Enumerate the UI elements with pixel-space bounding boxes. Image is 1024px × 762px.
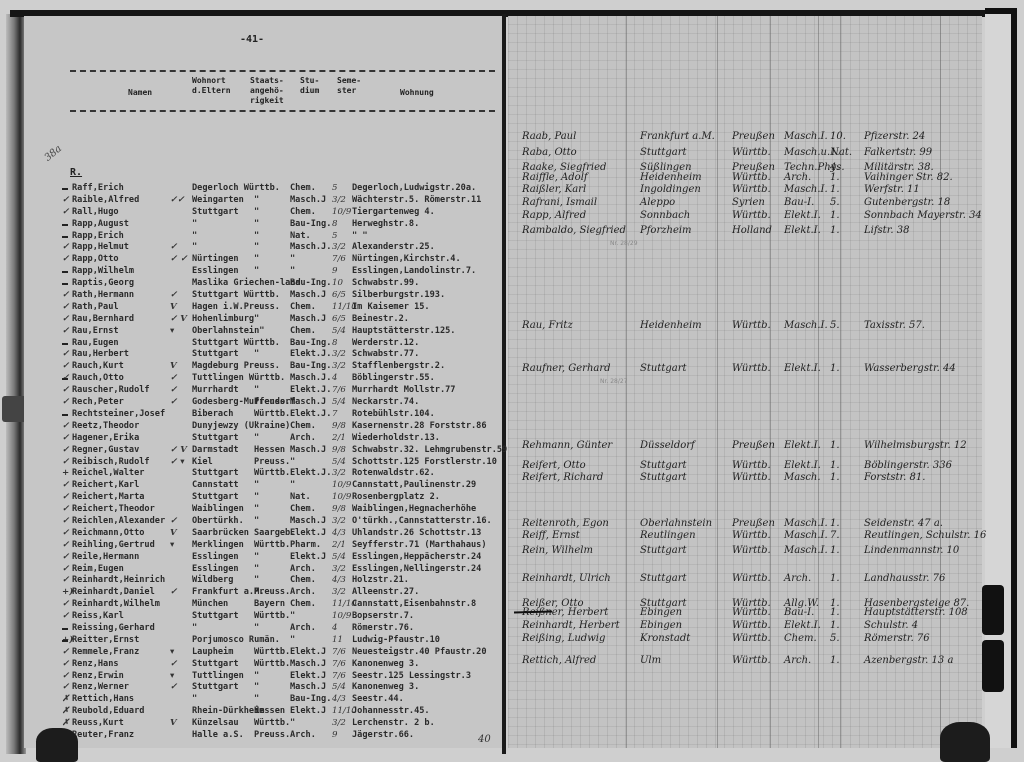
entry-name: Rapp,Helmut	[72, 242, 129, 252]
entry-wohnort: "	[192, 219, 197, 229]
entry-wohnung: Lifstr. 38	[864, 225, 909, 236]
entry-name: Reinhardt, Ulrich	[522, 573, 611, 584]
entry-check: ✓✓	[170, 195, 184, 205]
entry-semester: 5.	[830, 197, 840, 208]
entry-check: ✓ ✓	[170, 254, 187, 264]
entry-name: Rambaldo, Siegfried	[522, 225, 626, 236]
entry-name: Rall,Hugo	[72, 207, 119, 217]
entry-name: Renz,Werner	[72, 682, 129, 692]
entry-mark: ✓	[62, 302, 69, 312]
entry-studium: Bau-Ing.	[290, 694, 331, 704]
entry-studium: "	[290, 266, 295, 276]
entry-name: Reinhardt,Wilhelm	[72, 599, 160, 609]
entry-semester: 7/6	[332, 385, 346, 395]
entry-mark: ✓	[62, 195, 69, 205]
entry-name: Reibisch,Rudolf	[72, 457, 150, 467]
entry-studium: Masch.J	[290, 516, 326, 526]
entry-wohnung: Tiergartenweg 4.	[352, 207, 435, 217]
column-header-namen: Namen	[128, 88, 152, 98]
entry-semester: 1.	[830, 655, 840, 666]
entry-semester: 5/4	[332, 552, 346, 562]
entry-wohnort: Oberlahnstein"	[192, 326, 264, 336]
column-header-studium: Stu- dium	[300, 76, 319, 96]
entry-semester: 1.	[830, 573, 840, 584]
entry-mark: ✓	[62, 421, 69, 431]
entry-staatsangehoerigkeit: Preuss.	[254, 457, 290, 467]
entry-wohnung: Falkertstr. 99	[864, 147, 932, 158]
entry-wohnung: Uhlandstr.26 Schottstr.13	[352, 528, 481, 538]
entry-semester: 5	[332, 183, 337, 193]
entry-wohnung: O'türkh.,Cannstatterstr.16.	[352, 516, 492, 526]
entry-wohnung: Cannstatt,Paulinenstr.29	[352, 480, 476, 490]
entry-studium: Arch.	[290, 587, 316, 597]
entry-staatsangehoerigkeit: Bayern	[254, 599, 285, 609]
column-rule	[940, 16, 941, 748]
entry-staatsangehoerigkeit: Württb.	[732, 184, 771, 195]
entry-mark: ✓	[62, 445, 69, 455]
entry-name: Raiffle, Adolf	[522, 172, 588, 183]
entry-semester: 3/2	[332, 195, 346, 205]
entry-check: ✓	[170, 397, 177, 407]
entry-name: Rafrani, Ismail	[522, 197, 597, 208]
entry-semester: 3/2	[332, 468, 346, 478]
entry-wohnung: Neckarstr.74.	[352, 397, 419, 407]
entry-staatsangehoerigkeit: Württb.	[732, 363, 771, 374]
entry-check: ▾	[170, 540, 174, 550]
entry-wohnung: Kasernenstr.28 Forststr.86	[352, 421, 487, 431]
entry-name: Rauch,Kurt	[72, 361, 124, 371]
entry-staatsangehoerigkeit: "	[254, 254, 259, 264]
entry-wohnort: Saarbrücken	[192, 528, 249, 538]
entry-check: ✓	[170, 290, 177, 300]
entry-staatsangehoerigkeit: "	[254, 682, 259, 692]
entry-staatsangehoerigkeit: "	[254, 421, 259, 431]
entry-semester: 5/4	[332, 326, 346, 336]
column-rule	[717, 16, 718, 748]
archive-stamp: Nr. 28/27	[600, 378, 628, 385]
entry-wohnort: Tuttlingen	[192, 671, 244, 681]
entry-wohnort: Halle a.S.	[192, 730, 244, 740]
entry-mark: +	[62, 468, 69, 478]
entry-studium: Masch.J	[290, 659, 326, 669]
entry-name: Raba, Otto	[522, 147, 577, 158]
entry-wohnung: Schottstr.125 Forstlerstr.10	[352, 457, 497, 467]
entry-wohnung: Römerstr.76.	[352, 623, 414, 633]
entry-wohnung: Vaihinger Str. 82.	[864, 172, 953, 183]
entry-wohnung: Kanonenweg 3.	[352, 659, 419, 669]
entry-mark: ✓	[62, 504, 69, 514]
entry-studium: Elekt.J	[290, 671, 326, 681]
entry-staatsangehoerigkeit: Württb.	[732, 172, 771, 183]
entry-name: Reitenroth, Egon	[522, 518, 609, 529]
entry-mark: ✓	[62, 647, 69, 657]
footer-page-number: 40	[478, 734, 491, 745]
entry-name: Reißing, Ludwig	[522, 633, 605, 644]
entry-name: Rath,Hermann	[72, 290, 134, 300]
entry-semester: 5	[332, 231, 337, 241]
entry-wohnung: Seyfferstr.71 (Marthahaus)	[352, 540, 487, 550]
entry-wohnung: Gutenbergstr. 18	[864, 197, 950, 208]
entry-check: ✓ V	[170, 445, 187, 455]
entry-staatsangehoerigkeit: Württb.	[732, 472, 771, 483]
entry-wohnort: Hagen i.W.Preuss.	[192, 302, 280, 312]
entry-semester: 11	[332, 635, 343, 645]
entry-studium: Chem.	[784, 633, 817, 644]
entry-wohnort: Künzelsau	[192, 718, 239, 728]
entry-name: Raptis,Georg	[72, 278, 134, 288]
entry-studium: "	[290, 718, 295, 728]
entry-name: Rech,Peter	[72, 397, 124, 407]
entry-wohnung: Schwabstr.99.	[352, 278, 419, 288]
entry-name: Reissing,Gerhard	[72, 623, 155, 633]
entry-mark: ✓	[62, 671, 69, 681]
entry-staatsangehoerigkeit: Hessen	[254, 445, 285, 455]
entry-wohnort: Obertürkh.	[192, 516, 244, 526]
entry-staatsangehoerigkeit: Württb.	[254, 659, 290, 669]
entry-wohnort: Düsseldorf	[640, 440, 695, 451]
entry-wohnung: Schulstr. 4	[864, 620, 918, 631]
entry-wohnung: Im Kaisemer 15.	[352, 302, 430, 312]
entry-check: V	[170, 718, 177, 728]
entry-studium: Elekt.J.	[290, 349, 331, 359]
entry-wohnung: Seestr.44.	[352, 694, 404, 704]
entry-wohnort: Nürtingen	[192, 254, 239, 264]
entry-semester: 10/9	[332, 207, 351, 217]
entry-wohnung: Stafflenbergstr.2.	[352, 361, 445, 371]
entry-wohnort: "	[192, 242, 197, 252]
entry-semester: 9/8	[332, 504, 346, 514]
entry-semester: 3/2	[332, 718, 346, 728]
entry-name: Raible,Alfred	[72, 195, 139, 205]
entry-semester: 10	[332, 278, 343, 288]
entry-studium: Masch.J	[290, 445, 326, 455]
entry-studium: Elekt.I.	[784, 363, 821, 374]
entry-wohnung: Alleenstr.27.	[352, 587, 419, 597]
entry-name: Raab, Paul	[522, 131, 576, 142]
entry-wohnort: Stuttgart	[640, 545, 687, 556]
entry-name: Reitter,Ernst	[72, 635, 139, 645]
entry-staatsangehoerigkeit: "	[254, 385, 259, 395]
entry-wohnung: Böblingerstr.55.	[352, 373, 435, 383]
entry-name: Reichert,Theodor	[72, 504, 155, 514]
entry-name: Reinhardt, Herbert	[522, 620, 620, 631]
entry-semester: 7/6	[332, 254, 346, 264]
entry-mark: ✓	[62, 349, 69, 359]
entry-mark: ✓	[62, 242, 69, 252]
entry-wohnort: Biberach	[192, 409, 233, 419]
column-rule	[818, 16, 819, 748]
entry-name: Reubold,Eduard	[72, 706, 144, 716]
entry-studium: Chem.	[290, 504, 316, 514]
entry-mark: ✓	[62, 492, 69, 502]
entry-check: ▾	[170, 647, 174, 657]
entry-wohnort: Murrhardt	[192, 385, 239, 395]
entry-studium: Elekt.J	[290, 706, 326, 716]
entry-name: Regner,Gustav	[72, 445, 139, 455]
book-gutter	[502, 14, 506, 754]
entry-semester: 7/6	[332, 671, 346, 681]
entry-studium: Elekt.J	[290, 552, 326, 562]
entry-name: Reinhardt,Daniel	[72, 587, 155, 597]
entry-semester: 1.	[830, 184, 840, 195]
entry-semester: 7.	[830, 530, 840, 541]
entry-wohnort: Frankfurt a.M.	[640, 131, 715, 142]
entry-staatsangehoerigkeit: Württb.	[732, 320, 771, 331]
entry-semester: 2/1	[332, 433, 346, 443]
entry-mark: ✓	[62, 254, 69, 264]
entry-staatsangehoerigkeit: Württb.	[254, 409, 290, 419]
entry-name: Renz,Erwin	[72, 671, 124, 681]
entry-semester: 3/2	[332, 349, 346, 359]
entry-wohnung: Pfizerstr. 24	[864, 131, 925, 142]
entry-staatsangehoerigkeit: "	[254, 671, 259, 681]
index-tab	[982, 585, 1004, 635]
entry-staatsangehoerigkeit: "	[254, 314, 259, 324]
entry-studium: Masch.I.	[784, 184, 828, 195]
entry-studium: Elekt.J	[290, 647, 326, 657]
entry-mark: ✓	[62, 373, 69, 383]
entry-wohnort: Stuttgart	[192, 433, 239, 443]
entry-mark: ✗	[62, 718, 69, 728]
entry-wohnung: Kanonenweg 3.	[352, 682, 419, 692]
entry-name: Rau,Herbert	[72, 349, 129, 359]
entry-staatsangehoerigkeit: Syrien	[732, 197, 765, 208]
entry-semester: 3/2	[332, 564, 346, 574]
entry-staatsangehoerigkeit: Württb.	[254, 718, 290, 728]
entry-mark: ✓	[62, 290, 69, 300]
entry-semester: 7/6	[332, 659, 346, 669]
entry-wohnort: Kronstadt	[640, 633, 690, 644]
entry-staatsangehoerigkeit: Württb.	[732, 633, 771, 644]
entry-wohnung: Wiederholdstr.13.	[352, 433, 440, 443]
column-rule	[840, 16, 841, 748]
entry-studium: Masch.u.Nat.	[784, 147, 852, 158]
entry-wohnort: Degerloch Württb.	[192, 183, 280, 193]
entry-wohnort: Stuttgart	[192, 468, 239, 478]
entry-wohnung: Ludwig-Pfaustr.10	[352, 635, 440, 645]
entry-staatsangehoerigkeit: "	[254, 575, 259, 585]
entry-staatsangehoerigkeit: Preuss.	[254, 730, 290, 740]
entry-check: ✓ V	[170, 314, 187, 324]
entry-name: Rapp,Wilhelm	[72, 266, 134, 276]
entry-wohnort: Darmstadt	[192, 445, 239, 455]
entry-staatsangehoerigkeit: "	[254, 480, 259, 490]
entry-name: Rau,Bernhard	[72, 314, 134, 324]
entry-staatsangehoerigkeit: Württb.	[732, 620, 771, 631]
entry-wohnort: Heidenheim	[640, 320, 702, 331]
entry-wohnung: " "	[352, 231, 368, 241]
entry-wohnort: Dunyjewzy (Ukraine)	[192, 421, 290, 431]
entry-wohnort: Stuttgart	[640, 147, 687, 158]
entry-wohnung: Jägerstr.66.	[352, 730, 414, 740]
entry-check: ✓	[170, 682, 177, 692]
entry-studium: Masch.I.	[784, 545, 828, 556]
entry-semester: 9	[332, 730, 337, 740]
entry-staatsangehoerigkeit: "	[254, 266, 259, 276]
entry-studium: Bau-Ing.	[290, 338, 331, 348]
entry-wohnort: Hohenlimburg	[192, 314, 254, 324]
entry-wohnung: Römerstr. 76	[864, 633, 930, 644]
entry-wohnort: Stuttgart	[192, 611, 239, 621]
column-header-semester: Seme- ster	[337, 76, 361, 96]
entry-staatsangehoerigkeit: "	[254, 195, 259, 205]
entry-staatsangehoerigkeit: "	[254, 433, 259, 443]
entry-staatsangehoerigkeit: Württb.	[732, 573, 771, 584]
entry-wohnort: Aleppo	[640, 197, 675, 208]
entry-staatsangehoerigkeit: "	[254, 564, 259, 574]
entry-semester: 10.	[830, 131, 846, 142]
entry-name: Rau, Fritz	[522, 320, 573, 331]
entry-semester: 1.	[830, 363, 840, 374]
entry-studium: "	[290, 480, 295, 490]
entry-wohnung: Schwabstr.77.	[352, 349, 419, 359]
entry-studium: "	[290, 254, 295, 264]
entry-staatsangehoerigkeit: Württb.	[732, 210, 771, 221]
entry-studium: Elekt.I.	[784, 460, 821, 471]
entry-staatsangehoerigkeit: Württb.	[732, 460, 771, 471]
entry-check: ▾	[170, 326, 174, 336]
entry-wohnort: Heidenheim	[640, 172, 702, 183]
header-rule-top	[70, 70, 495, 72]
entry-check: ✓	[170, 587, 177, 597]
entry-name: Reim,Eugen	[72, 564, 124, 574]
column-header-wohnung: Wohnung	[400, 88, 434, 98]
entry-check: ✓	[170, 373, 177, 383]
entry-mark: ✓	[62, 516, 69, 526]
entry-staatsangehoerigkeit: Preußen	[732, 131, 775, 142]
entry-wohnort: Stuttgart	[192, 492, 239, 502]
entry-studium: Arch.	[290, 623, 316, 633]
entry-wohnung: Landhausstr. 76	[864, 573, 945, 584]
entry-mark: ✓	[62, 575, 69, 585]
entry-semester: 6/5	[332, 290, 346, 300]
entry-wohnort: Stuttgart	[640, 363, 687, 374]
entry-studium: Arch.	[290, 433, 316, 443]
archive-stamp: Nr. 28/29	[610, 240, 638, 247]
entry-name: Rauscher,Rudolf	[72, 385, 150, 395]
entry-check: ✓	[170, 385, 177, 395]
entry-staatsangehoerigkeit: "	[254, 694, 259, 704]
entry-name: Rath,Paul	[72, 302, 119, 312]
entry-studium: Arch.	[784, 573, 811, 584]
entry-wohnung: Herweghstr.8.	[352, 219, 419, 229]
entry-name: Renz,Hans	[72, 659, 119, 669]
entry-mark: ✗	[62, 706, 69, 716]
entry-studium: Masch.J	[290, 290, 326, 300]
entry-studium: Bau-Ing.	[290, 278, 331, 288]
entry-wohnung: Bopserstr.7.	[352, 611, 414, 621]
header-rule-bottom	[70, 110, 495, 112]
entry-check: V	[170, 361, 177, 371]
entry-check: ✓ ▾	[170, 457, 185, 467]
entry-wohnung: Esslingen,Heppächerstr.24	[352, 552, 481, 562]
entry-staatsangehoerigkeit: "	[254, 219, 259, 229]
entry-wohnung: Werfstr. 11	[864, 184, 920, 195]
entry-name: Raißler, Karl	[522, 184, 586, 195]
entry-name: Rau,Ernst	[72, 326, 119, 336]
entry-name: Rechtsteiner,Josef	[72, 409, 165, 419]
entry-semester: 7/6	[332, 647, 346, 657]
entry-semester: 3/2	[332, 516, 346, 526]
entry-staatsangehoerigkeit: "	[254, 231, 259, 241]
entry-name: Reuss,Kurt	[72, 718, 124, 728]
entry-semester: 10/9	[332, 611, 351, 621]
entry-name: Hagener,Erika	[72, 433, 139, 443]
entry-wohnung: Nürtingen,Kirchstr.4.	[352, 254, 461, 264]
thumb-right	[940, 722, 990, 762]
entry-staatsangehoerigkeit: Saargeb.	[254, 528, 295, 538]
entry-studium: Elekt.I.	[784, 620, 821, 631]
entry-mark: ✓	[62, 552, 69, 562]
entry-wohnort: Merklingen	[192, 540, 244, 550]
entry-semester: 5.	[830, 320, 840, 331]
entry-check: V	[170, 528, 177, 538]
entry-wohnung: Reutlingen, Schulstr. 16	[864, 530, 986, 541]
entry-wohnung: Murrhardt Mollstr.77	[352, 385, 455, 395]
entry-name: Rein, Wilhelm	[522, 545, 593, 556]
entry-studium: Arch.	[784, 655, 811, 666]
entry-mark: ✓	[62, 528, 69, 538]
entry-semester: 1.	[830, 460, 840, 471]
entry-staatsangehoerigkeit: Preuss.	[254, 587, 290, 597]
index-tab	[982, 640, 1004, 692]
entry-name: Reiss,Karl	[72, 611, 124, 621]
entry-studium: Arch.	[784, 172, 811, 183]
column-header-wohnort: Wohnort d.Eltern	[192, 76, 231, 96]
entry-name: Reuter,Franz	[72, 730, 134, 740]
entry-wohnung: Hauptstätterstr. 108	[864, 607, 968, 618]
entry-wohnort: Ebingen	[640, 620, 682, 631]
entry-semester: 4/3	[332, 694, 346, 704]
entry-studium: Masch.	[784, 472, 821, 483]
entry-studium: Arch.	[290, 564, 316, 574]
entry-wohnung: Cannstatt,Eisenbahnstr.8	[352, 599, 476, 609]
section-letter: R.	[70, 167, 82, 178]
entry-name: Reichert,Karl	[72, 480, 139, 490]
entry-name: Reetz,Theodor	[72, 421, 139, 431]
entry-semester: 5.	[830, 633, 840, 644]
entry-studium: Bau-Ing.	[290, 361, 331, 371]
entry-name: Rau,Eugen	[72, 338, 119, 348]
entry-name: Rapp,August	[72, 219, 129, 229]
entry-wohnort: Esslingen	[192, 266, 239, 276]
entry-wohnung: Forststr. 81.	[864, 472, 925, 483]
entry-wohnort: Stuttgart Württb.	[192, 290, 280, 300]
entry-staatsangehoerigkeit: "	[254, 504, 259, 514]
entry-wohnung: Seestr.125 Lessingstr.3	[352, 671, 471, 681]
entry-wohnung: Schwabstr.32. Lehmgrubenstr.59	[352, 445, 507, 455]
entry-wohnort: Weingarten	[192, 195, 244, 205]
entry-wohnort: Stuttgart	[640, 472, 687, 483]
entry-staatsangehoerigkeit: Württb.	[254, 540, 290, 550]
entry-wohnort: Stuttgart	[192, 207, 239, 217]
entry-wohnort: Esslingen	[192, 564, 239, 574]
entry-staatsangehoerigkeit: Preußen	[732, 440, 775, 451]
entry-wohnung: Taxisstr. 57.	[864, 320, 925, 331]
entry-mark: ✓	[62, 457, 69, 467]
entry-mark: ✗	[62, 694, 69, 704]
entry-wohnort: Sonnbach	[640, 210, 690, 221]
entry-staatsangehoerigkeit: Württb.	[732, 655, 771, 666]
entry-semester: 1.	[830, 472, 840, 483]
entry-studium: Chem.	[290, 599, 316, 609]
entry-semester: 8	[332, 219, 337, 229]
book-spine-left	[6, 14, 26, 754]
entry-mark: ✓	[62, 207, 69, 217]
entry-studium: Pharm.	[290, 540, 321, 550]
entry-studium: Elekt.J.	[290, 385, 331, 395]
entry-wohnung: Hauptstätterstr.125.	[352, 326, 455, 336]
